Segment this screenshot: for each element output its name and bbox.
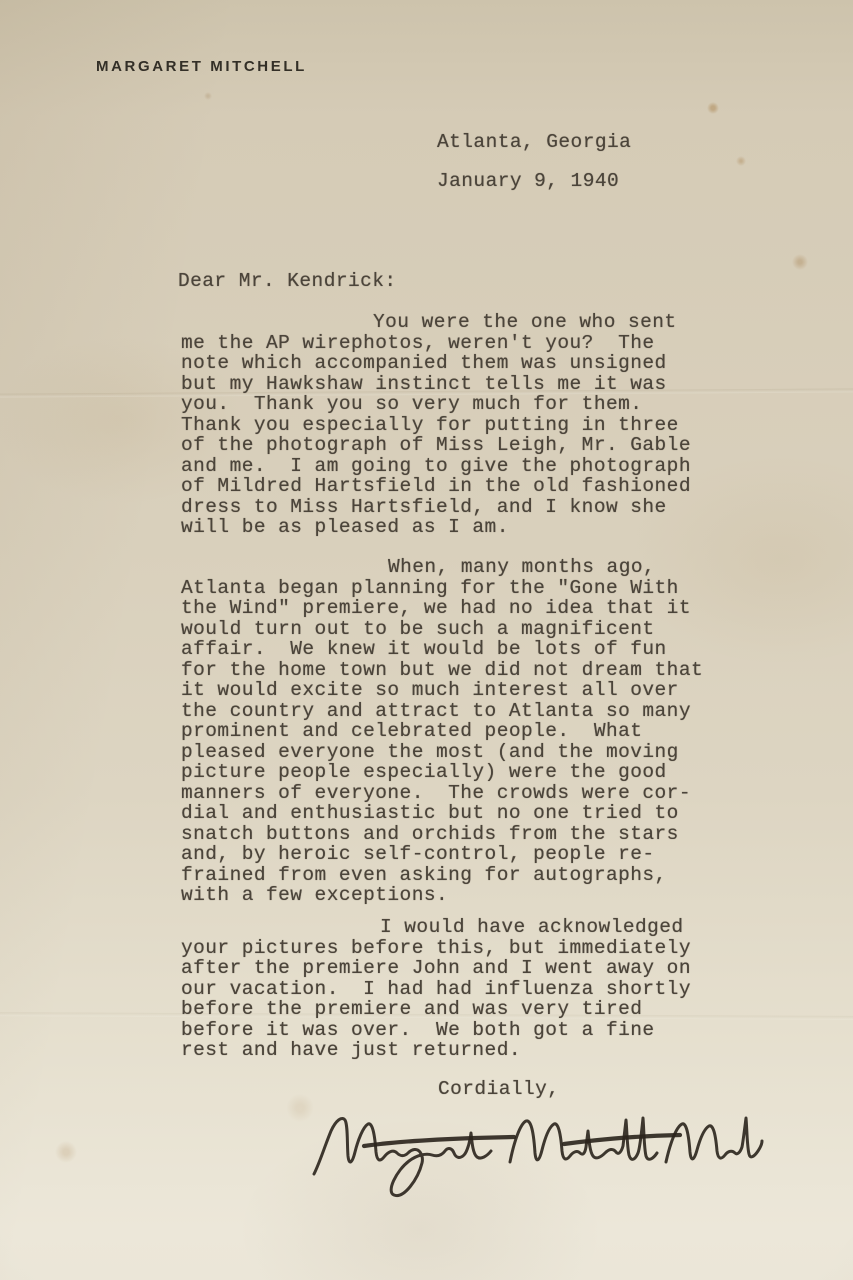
letter-line: for the home town but we did not dream t… bbox=[181, 659, 703, 680]
letter-line: frained from even asking for autographs, bbox=[181, 864, 703, 885]
letter-line: the Wind" premiere, we had no idea that … bbox=[181, 597, 703, 618]
letter-line: and, by heroic self-control, people re- bbox=[181, 843, 703, 864]
letter-line: of Mildred Hartsfield in the old fashion… bbox=[181, 475, 691, 496]
letter-line: I would have acknowledged bbox=[181, 916, 691, 937]
letter-line: manners of everyone. The crowds were cor… bbox=[181, 782, 703, 803]
letter-line: it would excite so much interest all ove… bbox=[181, 679, 703, 700]
letter-line: You were the one who sent bbox=[181, 311, 691, 332]
letter-line: When, many months ago, bbox=[181, 556, 703, 577]
letter-line: our vacation. I had had influenza shortl… bbox=[181, 978, 691, 999]
dateline-date: January 9, 1940 bbox=[437, 170, 631, 209]
handwritten-signature: Margaret Mitchell Marsh bbox=[312, 1096, 764, 1208]
letter-line: dress to Miss Hartsfield, and I know she bbox=[181, 496, 691, 517]
letter-line: before it was over. We both got a fine bbox=[181, 1019, 691, 1040]
letter-line: you. Thank you so very much for them. bbox=[181, 393, 691, 414]
letter-line: me the AP wirephotos, weren't you? The bbox=[181, 332, 691, 353]
letter-line: prominent and celebrated people. What bbox=[181, 720, 703, 741]
paragraph-3: I would have acknowledged your pictures … bbox=[181, 916, 691, 1060]
letter-line: of the photograph of Miss Leigh, Mr. Gab… bbox=[181, 434, 691, 455]
dateline: Atlanta, Georgia January 9, 1940 bbox=[437, 131, 631, 209]
letter-line: picture people especially) were the good bbox=[181, 761, 703, 782]
paragraph-1: You were the one who sent me the AP wire… bbox=[181, 311, 691, 537]
letter-line: with a few exceptions. bbox=[181, 884, 703, 905]
signature-ink-svg bbox=[312, 1096, 764, 1208]
letter-line: after the premiere John and I went away … bbox=[181, 957, 691, 978]
letter-line: affair. We knew it would be lots of fun bbox=[181, 638, 703, 659]
signature-stroke-margaret bbox=[314, 1118, 491, 1195]
signature-stroke-marsh bbox=[666, 1118, 762, 1162]
letter-line: the country and attract to Atlanta so ma… bbox=[181, 700, 703, 721]
letter-line: your pictures before this, but immediate… bbox=[181, 937, 691, 958]
letter-line: Atlanta began planning for the "Gone Wit… bbox=[181, 577, 703, 598]
dateline-place: Atlanta, Georgia bbox=[437, 131, 631, 170]
letter-line: and me. I am going to give the photograp… bbox=[181, 455, 691, 476]
letter-line: would turn out to be such a magnificent bbox=[181, 618, 703, 639]
letter-line: but my Hawkshaw instinct tells me it was bbox=[181, 373, 691, 394]
signature-stroke-tbar-1 bbox=[364, 1137, 514, 1146]
paragraph-2: When, many months ago, Atlanta began pla… bbox=[181, 556, 703, 905]
salutation: Dear Mr. Kendrick: bbox=[178, 270, 397, 292]
letter-line: Thank you especially for putting in thre… bbox=[181, 414, 691, 435]
letter-line: will be as pleased as I am. bbox=[181, 516, 691, 537]
letter-line: dial and enthusiastic but no one tried t… bbox=[181, 802, 703, 823]
letter-line: rest and have just returned. bbox=[181, 1039, 691, 1060]
letter-line: note which accompanied them was unsigned bbox=[181, 352, 691, 373]
letterhead-name: MARGARET MITCHELL bbox=[96, 58, 307, 75]
letter-line: snatch buttons and orchids from the star… bbox=[181, 823, 703, 844]
letter-line: before the premiere and was very tired bbox=[181, 998, 691, 1019]
letter-line: pleased everyone the most (and the movin… bbox=[181, 741, 703, 762]
